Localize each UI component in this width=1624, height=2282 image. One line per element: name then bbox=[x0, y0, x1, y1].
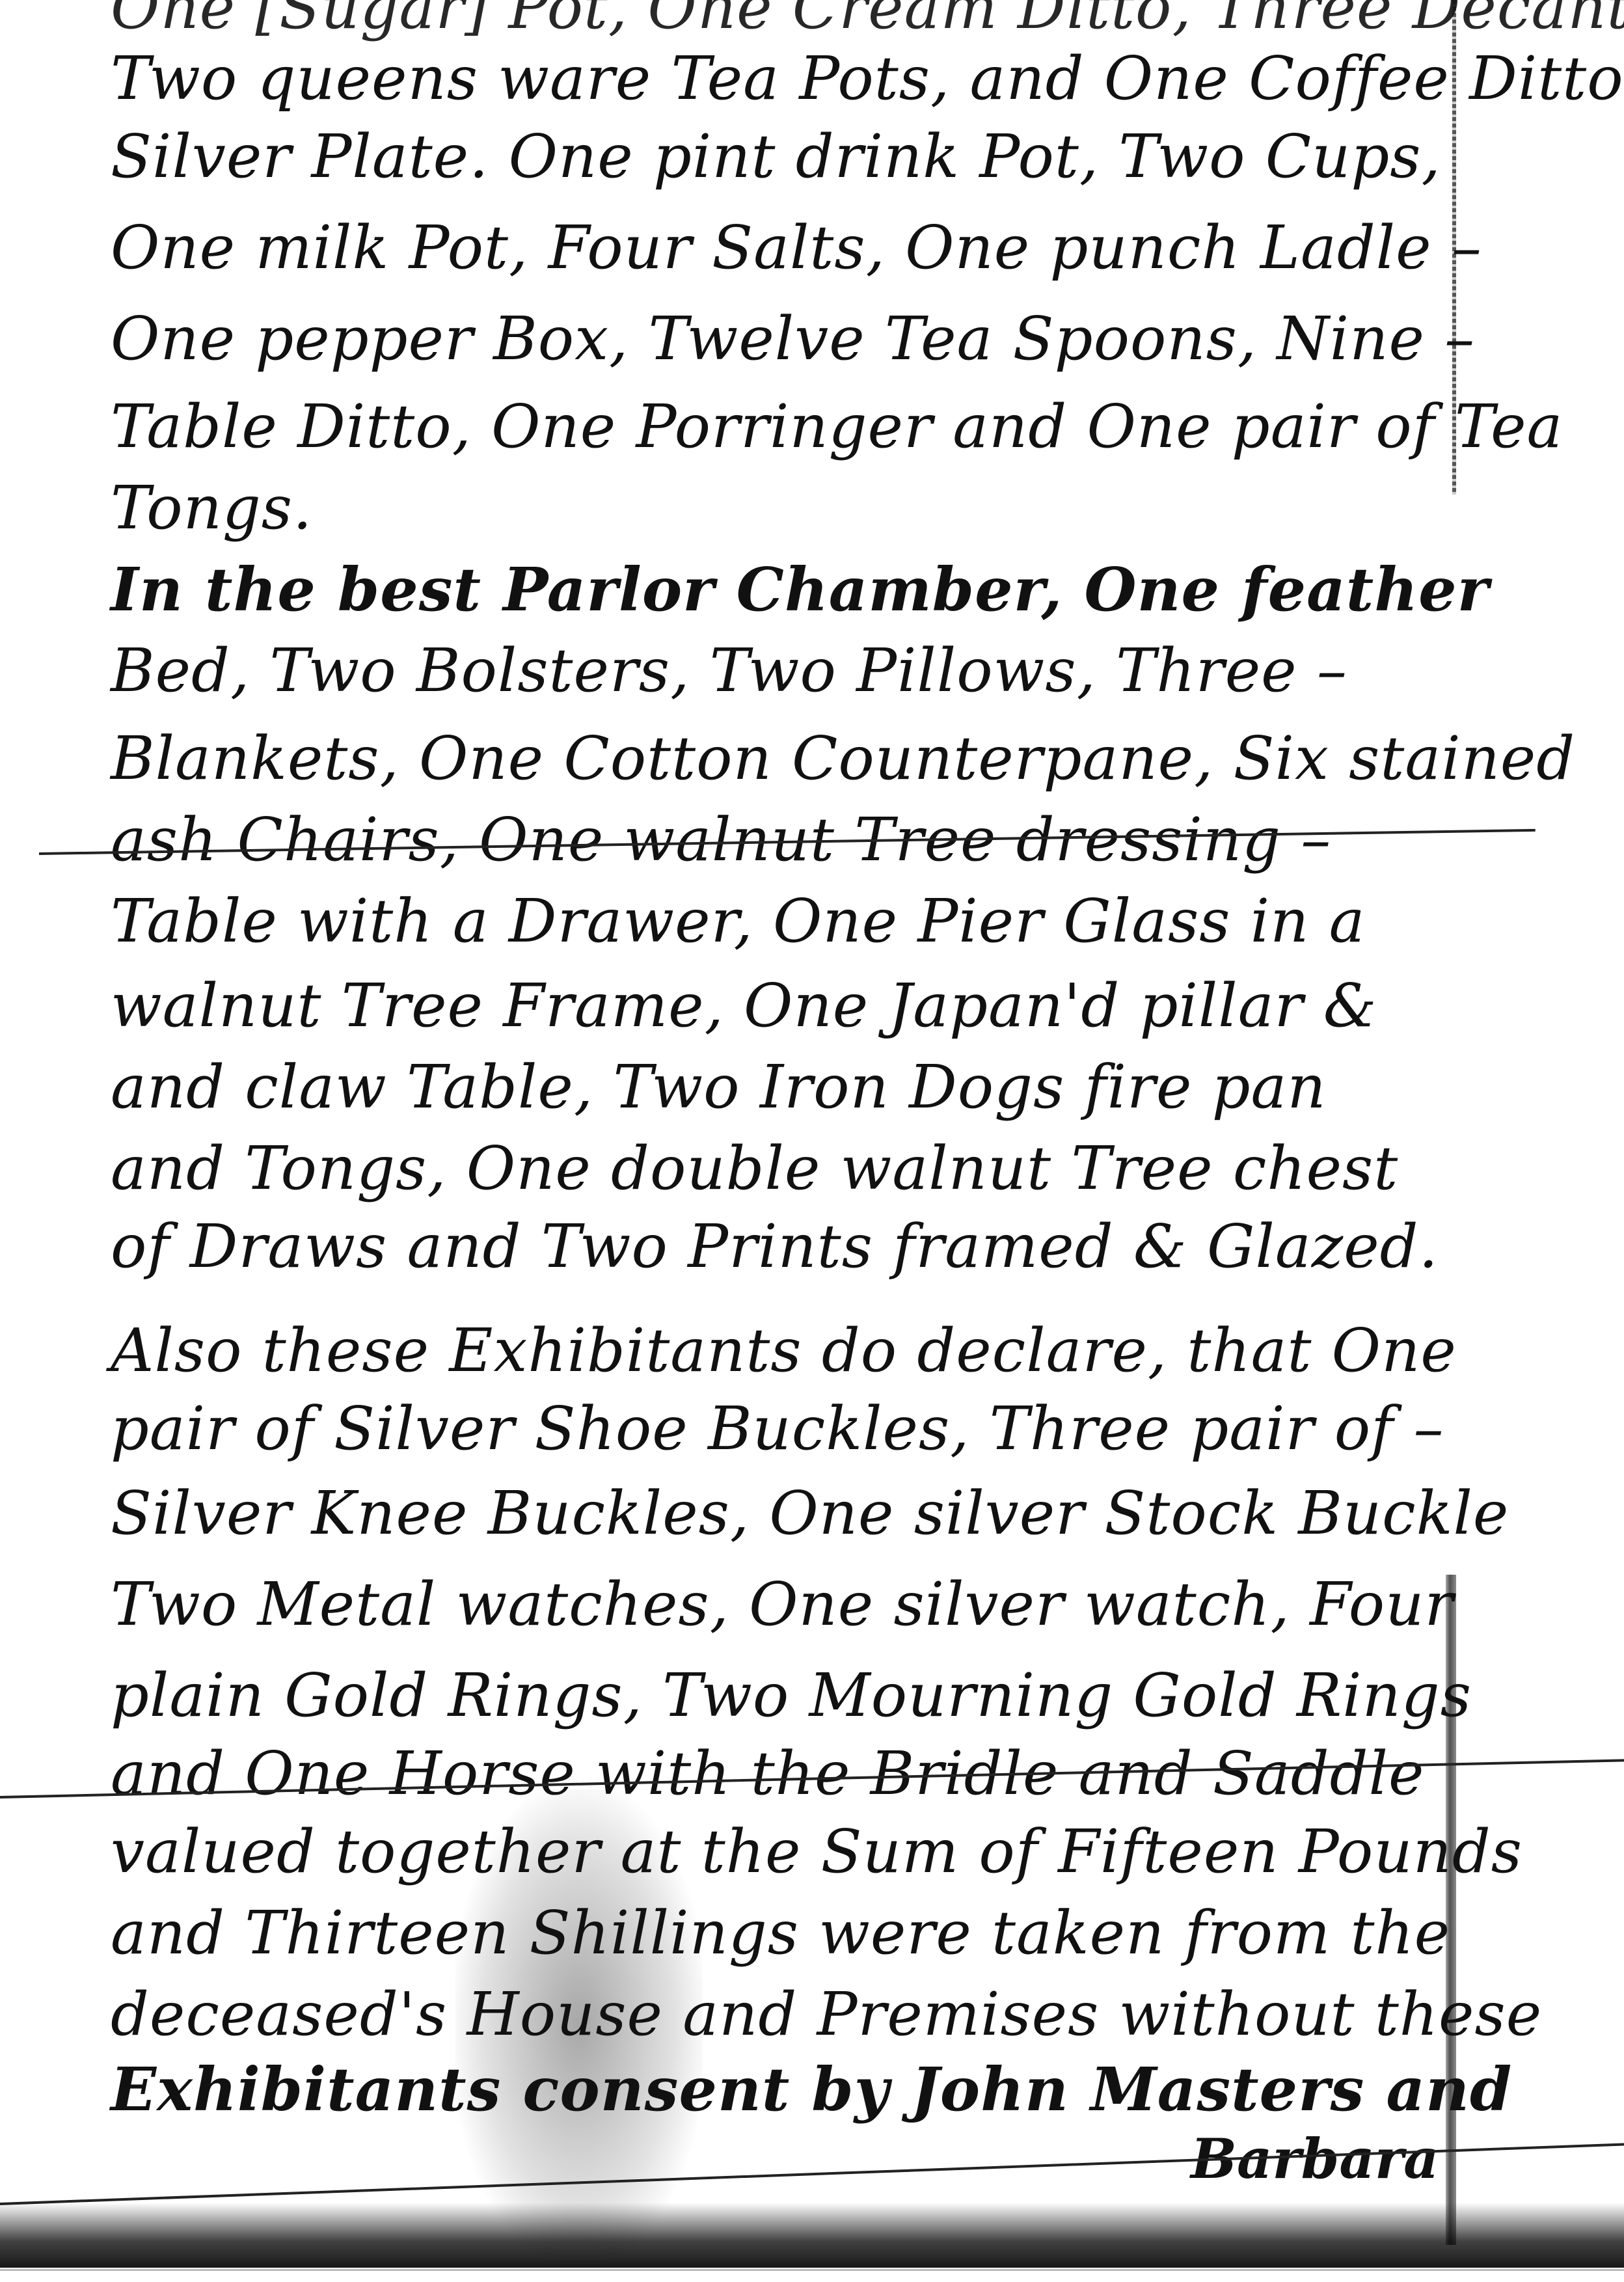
text-line: One milk Pot, Four Salts, One punch Ladl… bbox=[111, 218, 1482, 278]
text-line: One [Sugar] Pot, One Cream Ditto, Three … bbox=[111, 0, 1624, 38]
text-line: Silver Plate. One pint drink Pot, Two Cu… bbox=[111, 127, 1441, 187]
text-line: Tongs. bbox=[111, 478, 312, 538]
text-line: Table Ditto, One Porringer and One pair … bbox=[111, 397, 1563, 457]
text-line: Two queens ware Tea Pots, and One Coffee… bbox=[111, 49, 1624, 109]
text-line: Blankets, One Cotton Counterpane, Six st… bbox=[111, 729, 1575, 789]
text-line: and Tongs, One double walnut Tree chest bbox=[111, 1139, 1398, 1199]
text-line: Two Metal watches, One silver watch, Fou… bbox=[111, 1575, 1454, 1635]
text-line: Table with a Drawer, One Pier Glass in a bbox=[111, 891, 1366, 951]
text-line: pair of Silver Shoe Buckles, Three pair … bbox=[111, 1399, 1444, 1459]
manuscript-page: One [Sugar] Pot, One Cream Ditto, Three … bbox=[0, 0, 1624, 2282]
text-line: walnut Tree Frame, One Japan'd pillar & bbox=[111, 976, 1377, 1036]
text-line: deceased's House and Premises without th… bbox=[111, 1985, 1542, 2044]
text-line: and One Horse with the Bridle and Saddle bbox=[111, 1744, 1424, 1804]
text-line: Also these Exhibitants do declare, that … bbox=[111, 1321, 1457, 1381]
text-line: Bed, Two Bolsters, Two Pillows, Three – bbox=[111, 641, 1347, 701]
text-line: and Thirteen Shillings were taken from t… bbox=[111, 1903, 1450, 1963]
text-line: ash Chairs, One walnut Tree dressing – bbox=[111, 810, 1331, 870]
page-edge bbox=[0, 2269, 1624, 2271]
section-heading-parlor-chamber: In the best Parlor Chamber, One feather bbox=[111, 560, 1489, 619]
text-line: Silver Knee Buckles, One silver Stock Bu… bbox=[111, 1484, 1509, 1543]
text-line: of Draws and Two Prints framed & Glazed. bbox=[111, 1217, 1439, 1277]
scan-edge-shadow bbox=[0, 2203, 1624, 2268]
text-line: and claw Table, Two Iron Dogs fire pan bbox=[111, 1057, 1327, 1117]
text-line: One pepper Box, Twelve Tea Spoons, Nine … bbox=[111, 309, 1475, 369]
text-line: plain Gold Rings, Two Mourning Gold Ring… bbox=[111, 1666, 1472, 1726]
text-line: Exhibitants consent by John Masters and bbox=[111, 2059, 1512, 2119]
text-line: valued together at the Sum of Fifteen Po… bbox=[111, 1822, 1522, 1882]
